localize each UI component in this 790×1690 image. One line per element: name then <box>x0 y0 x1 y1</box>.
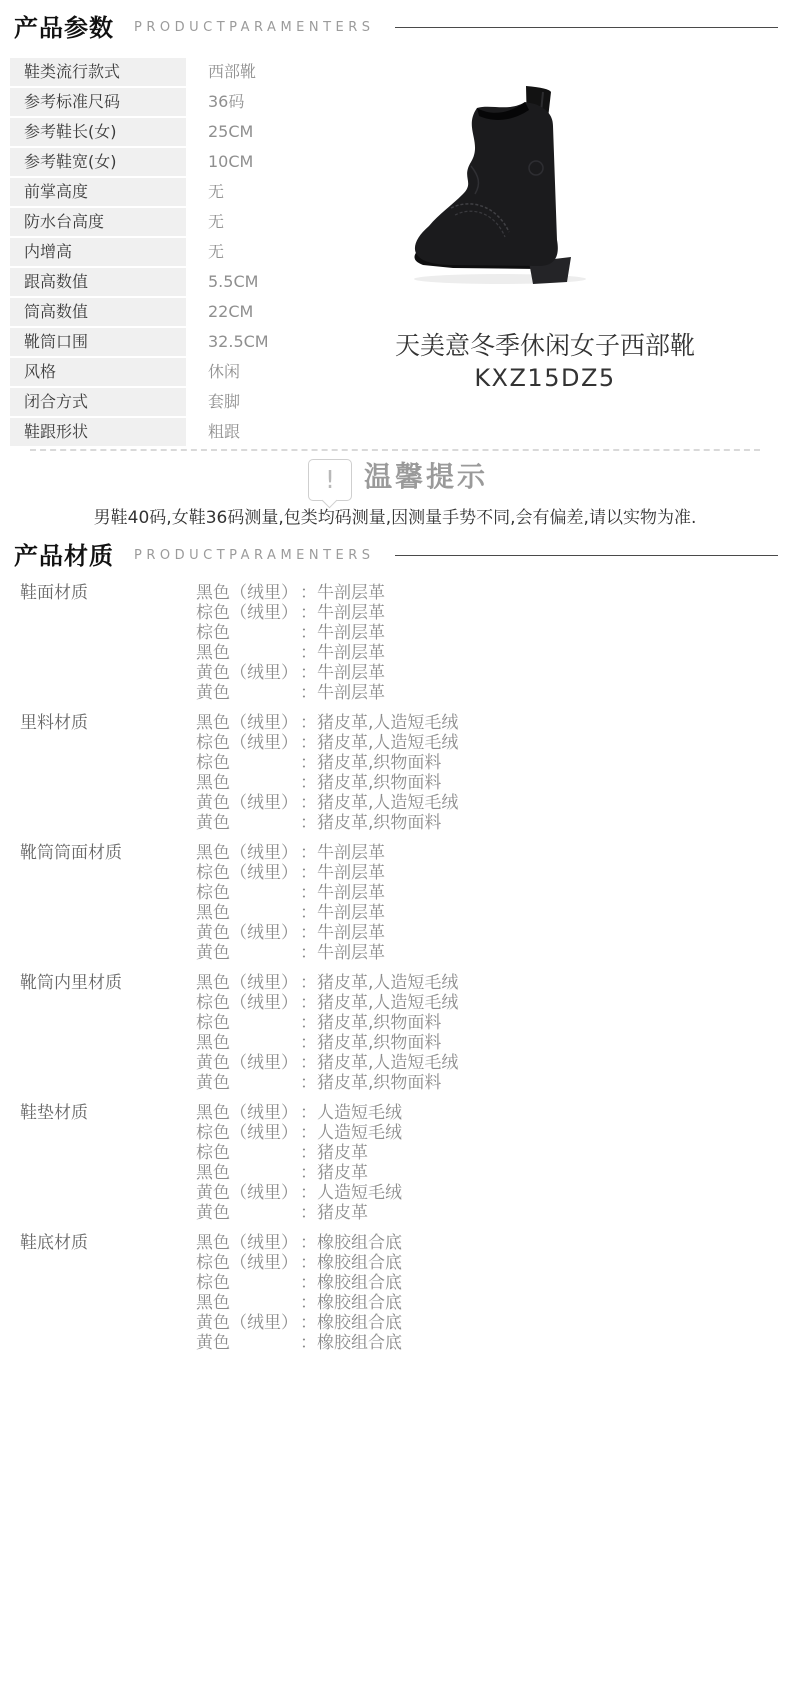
material-value: 猪皮革,织物面料 <box>317 813 441 833</box>
material-line: 棕色：橡胶组合底 <box>196 1273 402 1293</box>
param-row: 参考标准尺码36码 <box>10 88 430 116</box>
material-separator: ： <box>300 923 317 943</box>
param-value: 22CM <box>186 298 253 326</box>
material-value: 猪皮革,织物面料 <box>317 773 441 793</box>
material-color-variant: 黑色（绒里） <box>196 1103 300 1123</box>
material-separator: ： <box>300 1183 317 1203</box>
material-color-variant: 棕色 <box>196 1143 300 1163</box>
material-separator: ： <box>300 1293 317 1313</box>
material-value: 牛剖层革 <box>317 943 385 963</box>
material-color-variant: 棕色 <box>196 1273 300 1293</box>
material-group: 靴筒筒面材质黑色（绒里）：牛剖层革棕色（绒里）：牛剖层革棕色：牛剖层革黑色：牛剖… <box>0 843 790 963</box>
product-name: 天美意冬季休闲女子西部靴 <box>330 326 760 362</box>
material-value: 牛剖层革 <box>317 603 385 623</box>
tips-note-text: 男鞋40码,女鞋36码测量,包类均码测量,因测量手势不同,会有偏差,请以实物为准… <box>0 503 790 528</box>
material-value: 牛剖层革 <box>317 843 385 863</box>
material-line: 棕色：猪皮革 <box>196 1143 402 1163</box>
param-label: 靴筒口围 <box>10 328 186 356</box>
material-separator: ： <box>300 773 317 793</box>
material-value: 人造短毛绒 <box>317 1103 402 1123</box>
material-color-variant: 黄色 <box>196 683 300 703</box>
material-value: 猪皮革,织物面料 <box>317 753 441 773</box>
material-value: 橡胶组合底 <box>317 1313 402 1333</box>
material-color-variant: 棕色 <box>196 883 300 903</box>
material-line: 黄色（绒里）：猪皮革,人造短毛绒 <box>196 793 458 813</box>
materials-section-title: 产品材质 <box>14 536 114 571</box>
param-row: 筒高数值22CM <box>10 298 430 326</box>
material-line: 黑色（绒里）：猪皮革,人造短毛绒 <box>196 973 458 993</box>
material-line: 黄色：牛剖层革 <box>196 943 385 963</box>
material-line: 棕色：猪皮革,织物面料 <box>196 1013 458 1033</box>
material-line: 黄色（绒里）：牛剖层革 <box>196 923 385 943</box>
material-color-variant: 棕色（绒里） <box>196 993 300 1013</box>
material-color-variant: 黄色（绒里） <box>196 1313 300 1333</box>
material-color-variant: 黄色 <box>196 1073 300 1093</box>
material-separator: ： <box>300 1013 317 1033</box>
material-color-variant: 棕色 <box>196 623 300 643</box>
material-color-variant: 黑色（绒里） <box>196 843 300 863</box>
material-line: 黑色：猪皮革 <box>196 1163 402 1183</box>
material-line: 黑色：猪皮革,织物面料 <box>196 1033 458 1053</box>
material-separator: ： <box>300 623 317 643</box>
material-group-label: 鞋面材质 <box>0 583 196 703</box>
material-color-variant: 棕色（绒里） <box>196 733 300 753</box>
param-label: 筒高数值 <box>10 298 186 326</box>
material-line: 黑色（绒里）：猪皮革,人造短毛绒 <box>196 713 458 733</box>
material-separator: ： <box>300 753 317 773</box>
material-separator: ： <box>300 1053 317 1073</box>
param-value: 无 <box>186 208 224 236</box>
param-row: 闭合方式套脚 <box>10 388 430 416</box>
material-separator: ： <box>300 643 317 663</box>
param-row: 鞋跟形状粗跟 <box>10 418 430 446</box>
param-value: 套脚 <box>186 388 240 416</box>
param-label: 内增高 <box>10 238 186 266</box>
material-group-label: 鞋底材质 <box>0 1233 196 1353</box>
material-color-variant: 黑色（绒里） <box>196 583 300 603</box>
material-line: 棕色（绒里）：橡胶组合底 <box>196 1253 402 1273</box>
material-value: 牛剖层革 <box>317 863 385 883</box>
material-line: 黄色（绒里）：橡胶组合底 <box>196 1313 402 1333</box>
header-rule-line <box>395 27 778 28</box>
material-value: 猪皮革,人造短毛绒 <box>317 993 458 1013</box>
param-value: 32.5CM <box>186 328 269 356</box>
materials-section-header: 产品材质 PRODUCTPARAMENTERS <box>14 536 778 571</box>
material-value: 牛剖层革 <box>317 623 385 643</box>
material-group-label: 鞋垫材质 <box>0 1103 196 1223</box>
param-value: 无 <box>186 178 224 206</box>
material-color-variant: 黄色 <box>196 943 300 963</box>
material-value: 牛剖层革 <box>317 923 385 943</box>
material-value: 牛剖层革 <box>317 903 385 923</box>
material-color-variant: 黑色 <box>196 1163 300 1183</box>
param-label: 防水台高度 <box>10 208 186 236</box>
material-color-variant: 黑色（绒里） <box>196 973 300 993</box>
param-label: 鞋类流行款式 <box>10 58 186 86</box>
material-separator: ： <box>300 1033 317 1053</box>
material-line: 黄色：猪皮革 <box>196 1203 402 1223</box>
material-value: 猪皮革,人造短毛绒 <box>317 973 458 993</box>
material-line: 棕色：猪皮革,织物面料 <box>196 753 458 773</box>
material-separator: ： <box>300 993 317 1013</box>
material-value: 牛剖层革 <box>317 583 385 603</box>
material-line: 黄色：牛剖层革 <box>196 683 385 703</box>
material-separator: ： <box>300 1143 317 1163</box>
material-color-variant: 黑色 <box>196 1293 300 1313</box>
material-lines: 黑色（绒里）：牛剖层革棕色（绒里）：牛剖层革棕色：牛剖层革黑色：牛剖层革黄色（绒… <box>196 583 385 703</box>
material-lines: 黑色（绒里）：橡胶组合底棕色（绒里）：橡胶组合底棕色：橡胶组合底黑色：橡胶组合底… <box>196 1233 402 1353</box>
param-label: 风格 <box>10 358 186 386</box>
material-separator: ： <box>300 973 317 993</box>
material-value: 猪皮革 <box>317 1203 368 1223</box>
material-value: 猪皮革,织物面料 <box>317 1073 441 1093</box>
material-line: 黑色（绒里）：牛剖层革 <box>196 583 385 603</box>
material-value: 猪皮革,人造短毛绒 <box>317 1053 458 1073</box>
param-value: 10CM <box>186 148 253 176</box>
material-line: 黄色：橡胶组合底 <box>196 1333 402 1353</box>
material-separator: ： <box>300 1333 317 1353</box>
material-value: 橡胶组合底 <box>317 1273 402 1293</box>
material-separator: ： <box>300 1163 317 1183</box>
material-separator: ： <box>300 603 317 623</box>
material-color-variant: 黄色 <box>196 1333 300 1353</box>
material-line: 黑色：牛剖层革 <box>196 903 385 923</box>
material-value: 橡胶组合底 <box>317 1333 402 1353</box>
material-value: 牛剖层革 <box>317 643 385 663</box>
material-value: 橡胶组合底 <box>317 1293 402 1313</box>
material-color-variant: 棕色（绒里） <box>196 1123 300 1143</box>
materials-list: 鞋面材质黑色（绒里）：牛剖层革棕色（绒里）：牛剖层革棕色：牛剖层革黑色：牛剖层革… <box>0 583 790 1363</box>
material-lines: 黑色（绒里）：猪皮革,人造短毛绒棕色（绒里）：猪皮革,人造短毛绒棕色：猪皮革,织… <box>196 713 458 833</box>
boot-product-image <box>405 82 595 287</box>
tips-title: 温馨提示 <box>364 455 488 495</box>
material-separator: ： <box>300 943 317 963</box>
material-value: 猪皮革,织物面料 <box>317 1013 441 1033</box>
material-group-label: 里料材质 <box>0 713 196 833</box>
material-color-variant: 黄色 <box>196 813 300 833</box>
material-color-variant: 棕色 <box>196 753 300 773</box>
param-row: 鞋类流行款式西部靴 <box>10 58 430 86</box>
material-line: 棕色（绒里）：猪皮革,人造短毛绒 <box>196 733 458 753</box>
material-separator: ： <box>300 793 317 813</box>
material-color-variant: 黄色（绒里） <box>196 793 300 813</box>
material-value: 牛剖层革 <box>317 663 385 683</box>
param-value: 5.5CM <box>186 268 258 296</box>
materials-section-subtitle: PRODUCTPARAMENTERS <box>134 545 375 563</box>
material-line: 棕色（绒里）：猪皮革,人造短毛绒 <box>196 993 458 1013</box>
material-group: 鞋垫材质黑色（绒里）：人造短毛绒棕色（绒里）：人造短毛绒棕色：猪皮革黑色：猪皮革… <box>0 1103 790 1223</box>
material-separator: ： <box>300 883 317 903</box>
material-value: 人造短毛绒 <box>317 1123 402 1143</box>
param-row: 参考鞋宽(女)10CM <box>10 148 430 176</box>
material-value: 牛剖层革 <box>317 683 385 703</box>
material-line: 黄色（绒里）：牛剖层革 <box>196 663 385 683</box>
material-line: 黑色：猪皮革,织物面料 <box>196 773 458 793</box>
param-value: 粗跟 <box>186 418 240 446</box>
material-line: 黄色（绒里）：猪皮革,人造短毛绒 <box>196 1053 458 1073</box>
param-row: 防水台高度无 <box>10 208 430 236</box>
material-value: 猪皮革,人造短毛绒 <box>317 733 458 753</box>
material-value: 牛剖层革 <box>317 883 385 903</box>
dashed-divider <box>30 449 760 451</box>
material-separator: ： <box>300 1313 317 1333</box>
material-line: 棕色（绒里）：牛剖层革 <box>196 863 385 883</box>
material-color-variant: 黑色 <box>196 773 300 793</box>
material-color-variant: 黄色（绒里） <box>196 923 300 943</box>
param-label: 闭合方式 <box>10 388 186 416</box>
material-group-label: 靴筒筒面材质 <box>0 843 196 963</box>
product-detail-page: 产品参数 PRODUCTPARAMENTERS 鞋类流行款式西部靴参考标准尺码3… <box>0 0 790 1690</box>
material-separator: ： <box>300 583 317 603</box>
material-color-variant: 黑色（绒里） <box>196 1233 300 1253</box>
param-value: 25CM <box>186 118 253 146</box>
material-line: 黑色（绒里）：牛剖层革 <box>196 843 385 863</box>
material-separator: ： <box>300 813 317 833</box>
material-separator: ： <box>300 1073 317 1093</box>
param-row: 前掌高度无 <box>10 178 430 206</box>
params-section-subtitle: PRODUCTPARAMENTERS <box>134 17 375 35</box>
material-color-variant: 黄色 <box>196 1203 300 1223</box>
material-color-variant: 黄色（绒里） <box>196 663 300 683</box>
material-group: 里料材质黑色（绒里）：猪皮革,人造短毛绒棕色（绒里）：猪皮革,人造短毛绒棕色：猪… <box>0 713 790 833</box>
material-line: 黑色：橡胶组合底 <box>196 1293 402 1313</box>
material-value: 猪皮革 <box>317 1143 368 1163</box>
material-separator: ： <box>300 1273 317 1293</box>
exclamation-glyph: ! <box>325 465 335 494</box>
material-separator: ： <box>300 1103 317 1123</box>
material-separator: ： <box>300 733 317 753</box>
material-lines: 黑色（绒里）：人造短毛绒棕色（绒里）：人造短毛绒棕色：猪皮革黑色：猪皮革黄色（绒… <box>196 1103 402 1223</box>
product-model-code: KXZ15DZ5 <box>330 364 760 392</box>
material-separator: ： <box>300 1253 317 1273</box>
material-separator: ： <box>300 1203 317 1223</box>
header-rule-line <box>395 555 778 556</box>
material-group: 靴筒内里材质黑色（绒里）：猪皮革,人造短毛绒棕色（绒里）：猪皮革,人造短毛绒棕色… <box>0 973 790 1093</box>
param-label: 跟高数值 <box>10 268 186 296</box>
param-value: 西部靴 <box>186 58 256 86</box>
material-color-variant: 黑色 <box>196 643 300 663</box>
material-separator: ： <box>300 843 317 863</box>
material-line: 黑色：牛剖层革 <box>196 643 385 663</box>
param-label: 参考鞋宽(女) <box>10 148 186 176</box>
material-line: 黑色（绒里）：人造短毛绒 <box>196 1103 402 1123</box>
boot-body <box>415 102 558 266</box>
material-line: 黑色（绒里）：橡胶组合底 <box>196 1233 402 1253</box>
material-line: 棕色：牛剖层革 <box>196 623 385 643</box>
material-lines: 黑色（绒里）：猪皮革,人造短毛绒棕色（绒里）：猪皮革,人造短毛绒棕色：猪皮革,织… <box>196 973 458 1093</box>
material-group-label: 靴筒内里材质 <box>0 973 196 1093</box>
material-line: 黄色（绒里）：人造短毛绒 <box>196 1183 402 1203</box>
param-row: 跟高数值5.5CM <box>10 268 430 296</box>
material-separator: ： <box>300 903 317 923</box>
material-line: 黄色：猪皮革,织物面料 <box>196 813 458 833</box>
params-section-title: 产品参数 <box>14 8 114 43</box>
material-line: 棕色（绒里）：人造短毛绒 <box>196 1123 402 1143</box>
param-label: 参考标准尺码 <box>10 88 186 116</box>
material-color-variant: 黄色（绒里） <box>196 1053 300 1073</box>
material-line: 黄色：猪皮革,织物面料 <box>196 1073 458 1093</box>
material-group: 鞋底材质黑色（绒里）：橡胶组合底棕色（绒里）：橡胶组合底棕色：橡胶组合底黑色：橡… <box>0 1233 790 1353</box>
material-value: 橡胶组合底 <box>317 1233 402 1253</box>
param-value: 无 <box>186 238 224 266</box>
material-color-variant: 棕色 <box>196 1013 300 1033</box>
material-separator: ： <box>300 663 317 683</box>
param-value: 休闲 <box>186 358 240 386</box>
material-color-variant: 黑色（绒里） <box>196 713 300 733</box>
material-line: 棕色：牛剖层革 <box>196 883 385 903</box>
material-value: 猪皮革 <box>317 1163 368 1183</box>
material-separator: ： <box>300 683 317 703</box>
material-value: 猪皮革,人造短毛绒 <box>317 793 458 813</box>
material-color-variant: 棕色（绒里） <box>196 863 300 883</box>
material-separator: ： <box>300 1123 317 1143</box>
exclamation-bubble-icon: ! <box>308 459 352 501</box>
material-separator: ： <box>300 713 317 733</box>
material-color-variant: 黄色（绒里） <box>196 1183 300 1203</box>
material-separator: ： <box>300 1233 317 1253</box>
material-color-variant: 棕色（绒里） <box>196 603 300 623</box>
material-group: 鞋面材质黑色（绒里）：牛剖层革棕色（绒里）：牛剖层革棕色：牛剖层革黑色：牛剖层革… <box>0 583 790 703</box>
material-value: 猪皮革,织物面料 <box>317 1033 441 1053</box>
material-line: 棕色（绒里）：牛剖层革 <box>196 603 385 623</box>
param-row: 内增高无 <box>10 238 430 266</box>
material-separator: ： <box>300 863 317 883</box>
param-row: 参考鞋长(女)25CM <box>10 118 430 146</box>
params-section-header: 产品参数 PRODUCTPARAMENTERS <box>14 8 778 43</box>
material-color-variant: 黑色 <box>196 1033 300 1053</box>
material-value: 人造短毛绒 <box>317 1183 402 1203</box>
param-label: 鞋跟形状 <box>10 418 186 446</box>
param-label: 前掌高度 <box>10 178 186 206</box>
param-value: 36码 <box>186 88 244 116</box>
param-label: 参考鞋长(女) <box>10 118 186 146</box>
material-value: 猪皮革,人造短毛绒 <box>317 713 458 733</box>
material-color-variant: 黑色 <box>196 903 300 923</box>
material-color-variant: 棕色（绒里） <box>196 1253 300 1273</box>
material-value: 橡胶组合底 <box>317 1253 402 1273</box>
material-lines: 黑色（绒里）：牛剖层革棕色（绒里）：牛剖层革棕色：牛剖层革黑色：牛剖层革黄色（绒… <box>196 843 385 963</box>
